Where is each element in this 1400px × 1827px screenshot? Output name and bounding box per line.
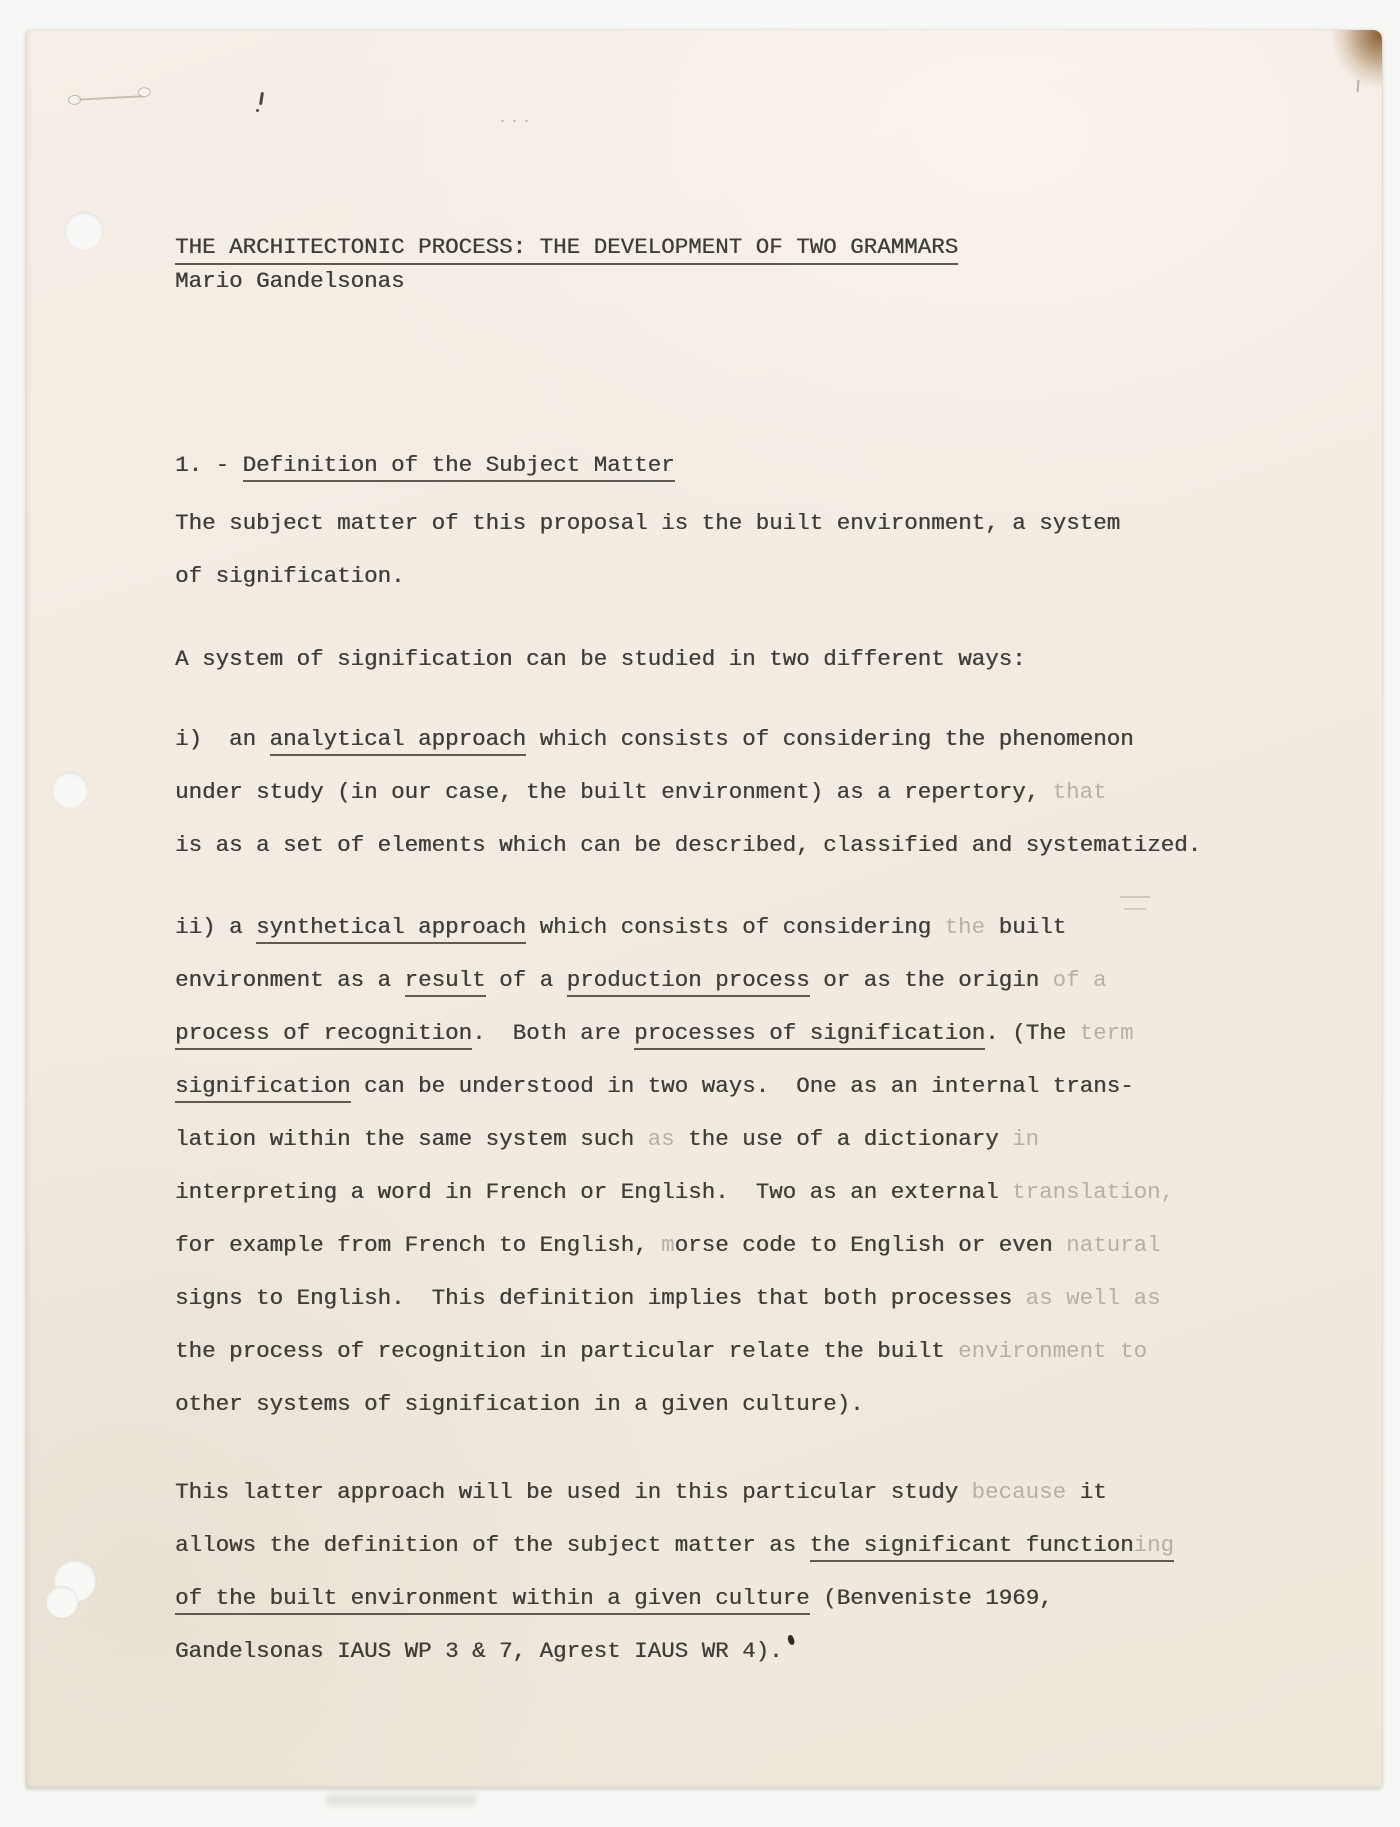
text-run: the [945,914,986,940]
text-run: of a [486,967,567,993]
text-run: because [972,1479,1067,1505]
text-run: natural [1066,1232,1161,1258]
text-run: for example from French to English, [175,1232,661,1258]
ink-mark [259,92,264,105]
text-run: environment to [958,1338,1147,1364]
text-run: The subject matter of this proposal is t… [175,510,1120,536]
paper-sheet: ... THE ARCHITECTONIC PROCESS: THE DEVEL… [26,30,1382,1788]
ink-mark [786,1634,795,1646]
staple-bar [77,95,143,100]
text-line: ii) a synthetical approach which consist… [175,916,1066,939]
text-line: process of recognition. Both are process… [175,1022,1134,1045]
text-run: as [648,1126,675,1152]
text-run: lation within the same system such [175,1126,648,1152]
document-title-text: THE ARCHITECTONIC PROCESS: THE DEVELOPME… [175,234,958,265]
text-line: The subject matter of this proposal is t… [175,512,1120,535]
text-run: as well as [1026,1285,1161,1311]
text-line: under study (in our case, the built envi… [175,781,1107,804]
text-line: other systems of signification in a give… [175,1393,864,1416]
text-run: (Benveniste 1969, [810,1585,1053,1611]
text-run: environment as a [175,967,405,993]
ink-smudge [326,1794,476,1806]
text-run: in [1012,1126,1039,1152]
staple-hole-icon [68,95,82,106]
text-run: Gandelsonas IAUS WP 3 & 7, Agrest IAUS W… [175,1638,783,1664]
text-run: m [661,1232,675,1258]
punch-hole [52,772,88,808]
text-line: the process of recognition in particular… [175,1340,1147,1363]
text-run: which consists of considering [526,914,945,940]
text-run: or as the origin [810,967,1053,993]
text-run: . (The [985,1020,1080,1046]
text-line: Gandelsonas IAUS WP 3 & 7, Agrest IAUS W… [175,1640,783,1663]
text-run: of signification. [175,563,405,589]
scanned-document: ... THE ARCHITECTONIC PROCESS: THE DEVEL… [0,0,1400,1827]
text-run: synthetical approach [256,914,526,944]
text-line: for example from French to English, mors… [175,1234,1161,1257]
text-run: under study (in our case, the built envi… [175,779,1053,805]
text-run: it [1066,1479,1107,1505]
ink-mark [1124,908,1146,910]
section-number: 1. - [175,452,243,478]
text-run: of the built environment within a given … [175,1585,810,1615]
text-line: A system of signification can be studied… [175,648,1026,671]
text-run: i) an [175,726,270,752]
text-run: ing [1134,1532,1175,1562]
text-line: interpreting a word in French or English… [175,1181,1174,1204]
text-run: the significant function [810,1532,1134,1562]
corner-stain [1318,30,1382,100]
text-line: is as a set of elements which can be des… [175,834,1201,857]
text-run: the process of recognition in particular… [175,1338,958,1364]
ink-mark [1120,896,1150,898]
text-run: orse code to English or even [675,1232,1067,1258]
text-run: result [405,967,486,997]
text-run: other systems of signification in a give… [175,1391,864,1417]
text-line: signification can be understood in two w… [175,1075,1134,1098]
text-run: that [1053,779,1107,805]
ink-mark: ... [498,110,534,127]
text-run: ii) a [175,914,256,940]
text-run: term [1080,1020,1134,1046]
text-run: signs to English. This definition implie… [175,1285,1026,1311]
text-run: which consists of considering the phenom… [526,726,1134,752]
text-line: i) an analytical approach which consists… [175,728,1134,751]
text-run: A system of signification can be studied… [175,646,1026,672]
text-line: This latter approach will be used in thi… [175,1481,1107,1504]
document-author: Mario Gandelsonas [175,270,405,293]
punch-hole [65,212,103,250]
staple-hole-icon [137,87,151,98]
text-run: analytical approach [270,726,527,756]
text-run: interpreting a word in French or English… [175,1179,1012,1205]
section-heading: 1. - Definition of the Subject Matter [175,454,675,477]
text-run: the use of a dictionary [675,1126,1013,1152]
text-line: signs to English. This definition implie… [175,1287,1161,1310]
punch-hole [46,1586,78,1618]
text-run: is as a set of elements which can be des… [175,832,1201,858]
text-run: allows the definition of the subject mat… [175,1532,810,1558]
section-title: Definition of the Subject Matter [243,452,675,482]
text-line: of signification. [175,565,405,588]
text-run: This latter approach will be used in thi… [175,1479,972,1505]
document-title: THE ARCHITECTONIC PROCESS: THE DEVELOPME… [175,236,958,259]
text-run: . Both are [472,1020,634,1046]
text-line: of the built environment within a given … [175,1587,1053,1610]
text-line: lation within the same system such as th… [175,1128,1039,1151]
text-run: can be understood in two ways. One as an… [351,1073,1134,1099]
text-run: process of recognition [175,1020,472,1050]
text-run: built [985,914,1066,940]
text-run: production process [567,967,810,997]
text-run: signification [175,1073,351,1103]
text-line: allows the definition of the subject mat… [175,1534,1174,1557]
ink-mark [256,109,259,112]
staple-mark [67,84,152,112]
text-run: processes of signification [634,1020,985,1050]
text-run: of a [1053,967,1107,993]
text-line: environment as a result of a production … [175,969,1107,992]
text-run: translation, [1012,1179,1174,1205]
